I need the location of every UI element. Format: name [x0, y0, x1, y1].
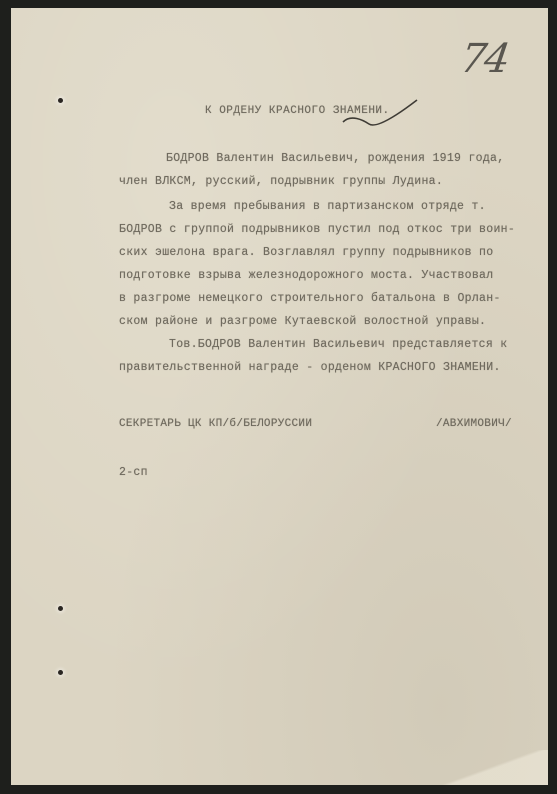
punch-hole — [58, 98, 63, 103]
handwritten-underline — [341, 96, 421, 128]
signature-name: /АВХИМОВИЧ/ — [436, 418, 512, 430]
document-page: 74 К ОРДЕНУ КРАСНОГО ЗНАМЕНИ. БОДРОВ Вал… — [11, 8, 548, 785]
body-line-9: Тов.БОДРОВ Валентин Васильевич представл… — [169, 338, 507, 351]
body-line-1: БОДРОВ Валентин Васильевич, рождения 191… — [166, 152, 504, 165]
body-line-3: За время пребывания в партизанском отряд… — [169, 200, 486, 213]
body-line-8: ском районе и разгроме Кутаевской волост… — [119, 315, 486, 328]
body-line-7: в разгроме немецкого строительного батал… — [119, 292, 501, 305]
punch-hole — [58, 670, 63, 675]
punch-hole — [58, 606, 63, 611]
signature-position: СЕКРЕТАРЬ ЦК КП/б/БЕЛОРУССИИ — [119, 418, 312, 430]
body-line-6: подготовке взрыва железнодорожного моста… — [119, 269, 493, 282]
copy-note: 2-сп — [119, 466, 148, 479]
page-fold — [438, 750, 548, 785]
body-line-10: правительственной награде - орденом КРАС… — [119, 361, 501, 374]
handwritten-page-number: 74 — [458, 36, 511, 82]
body-line-2: член ВЛКСМ, русский, подрывник группы Лу… — [119, 175, 443, 188]
body-line-4: БОДРОВ с группой подрывников пустил под … — [119, 223, 515, 236]
body-line-5: ских эшелона врага. Возглавлял группу по… — [119, 246, 493, 259]
